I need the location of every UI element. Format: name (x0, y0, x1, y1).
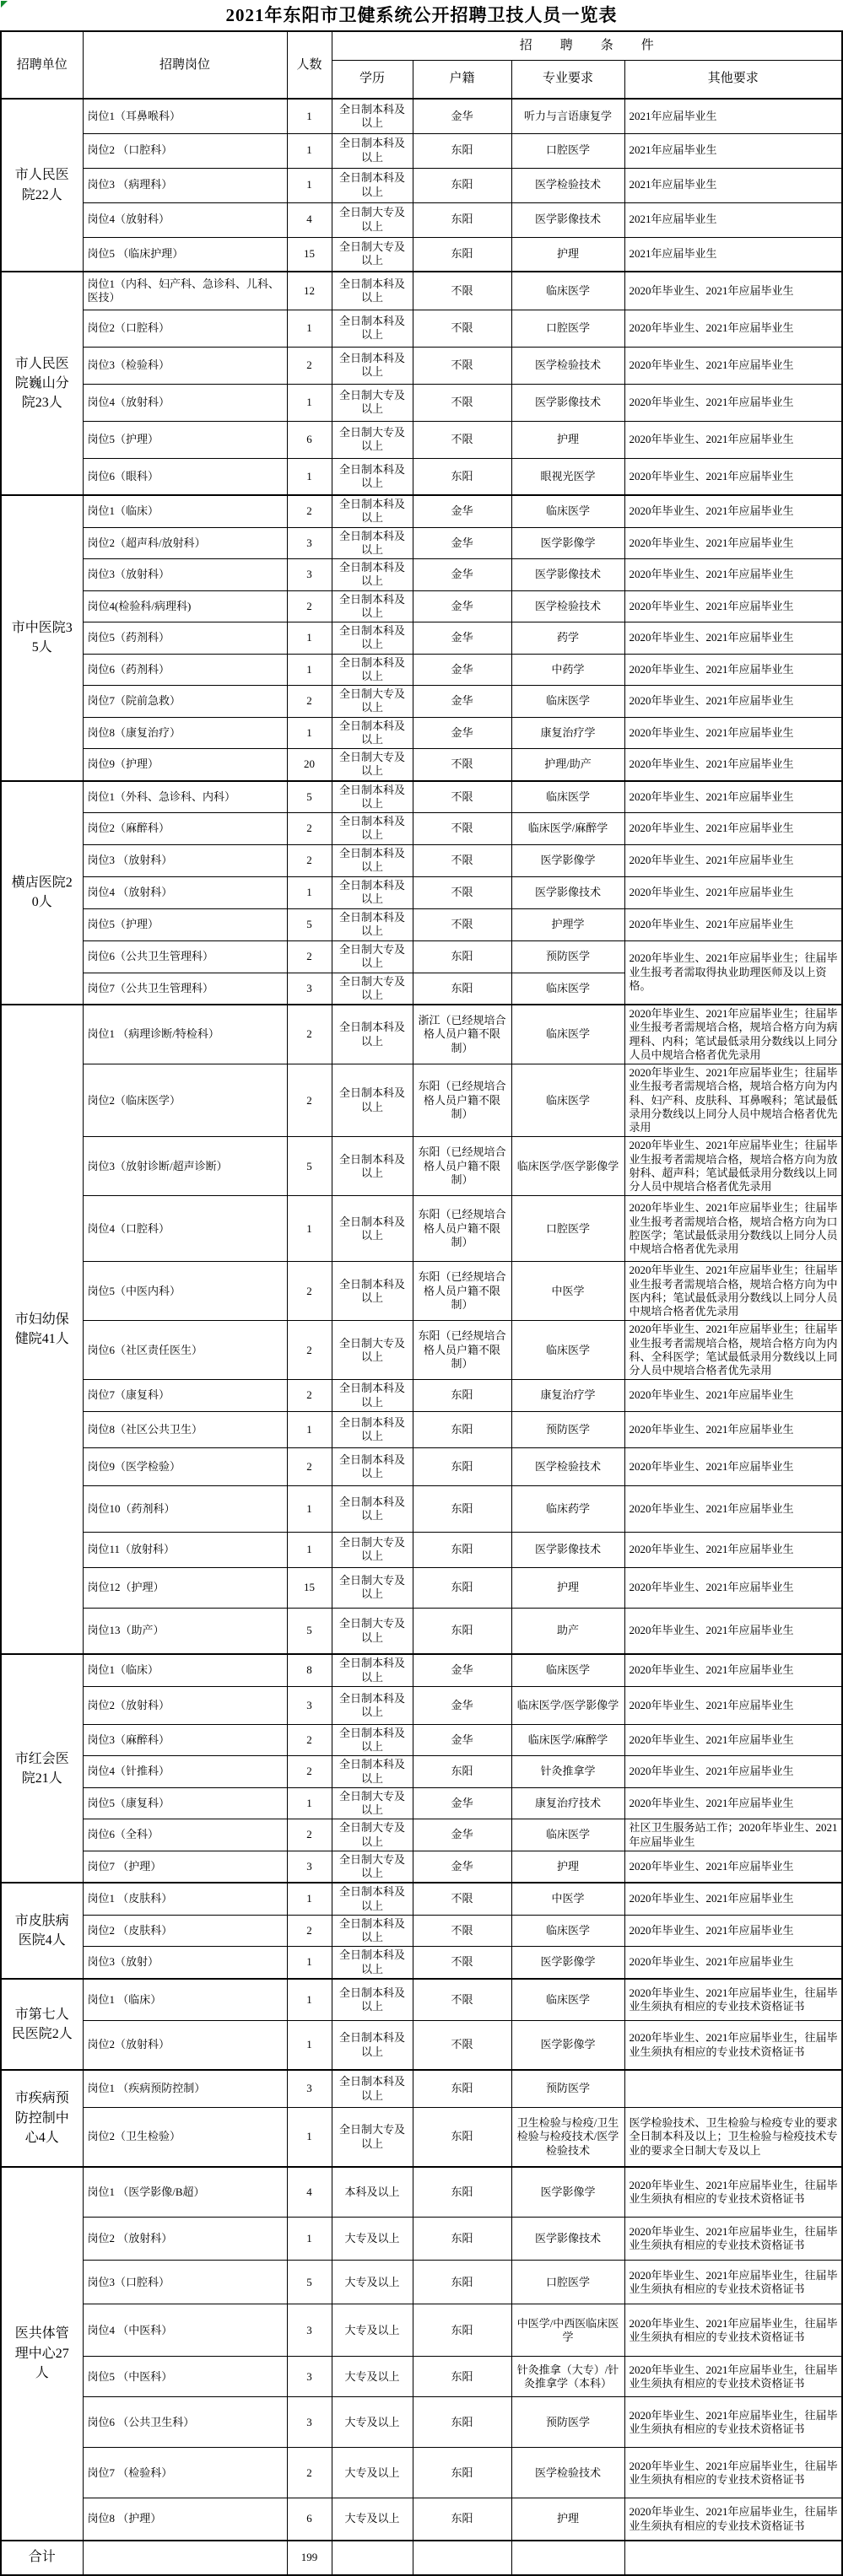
major-cell: 临床医学 (511, 1979, 624, 2021)
post-cell: 岗位2（放射科） (83, 2021, 287, 2070)
header-other: 其他要求 (624, 60, 842, 99)
table-header: 招聘单位 招聘岗位 人数 招聘条件 学历 户籍 专业要求 其他要求 (1, 31, 842, 99)
degree-cell: 全日制大专及以上 (332, 2108, 413, 2167)
table-row: 岗位3（放射）1全日制本科及以上不限医学影像学2020年毕业生、2021年应届毕… (1, 1947, 842, 1979)
major-cell: 护理 (511, 1851, 624, 1883)
table-row: 岗位6 （公共卫生科）3大专及以上东阳预防医学2020年毕业生、2021年应届毕… (1, 2397, 842, 2448)
major-cell: 中医学/中西医临床医学 (511, 2304, 624, 2357)
count-cell: 5 (287, 2261, 332, 2304)
post-cell: 岗位2（放射科） (83, 1686, 287, 1724)
count-cell: 1 (287, 622, 332, 655)
post-cell: 岗位4（放射科） (83, 202, 287, 237)
degree-cell: 全日制本科及以上 (332, 654, 413, 686)
degree-cell: 全日制本科及以上 (332, 1883, 413, 1915)
header-residence: 户籍 (413, 60, 511, 99)
degree-cell: 本科及以上 (332, 2167, 413, 2218)
residence-cell: 东阳 (413, 2448, 511, 2498)
other-cell: 2020年毕业生、2021年应届毕业生 (624, 1447, 842, 1485)
post-cell: 岗位4 （中医科） (83, 2304, 287, 2357)
count-cell: 15 (287, 237, 332, 272)
post-cell: 岗位1（耳鼻喉科） (83, 99, 287, 133)
post-cell: 岗位5 （临床护理） (83, 237, 287, 272)
table-row: 岗位7 （检验科）2大专及以上东阳医学检验技术2020年毕业生、2021年应届毕… (1, 2448, 842, 2498)
post-cell: 岗位2（口腔科） (83, 310, 287, 347)
table-row: 岗位5（康复科）1全日制大专及以上金华康复治疗技术2020年毕业生、2021年应… (1, 1787, 842, 1819)
degree-cell: 全日制大专及以上 (332, 384, 413, 421)
count-cell: 3 (287, 527, 332, 559)
table-row: 岗位5（护理）6全日制大专及以上不限护理2020年毕业生、2021年应届毕业生 (1, 421, 842, 458)
major-cell: 临床医学 (511, 686, 624, 718)
other-cell: 2020年毕业生、2021年应届毕业生 (624, 717, 842, 749)
major-cell: 预防医学 (511, 2070, 624, 2108)
count-cell: 1 (287, 1196, 332, 1262)
major-cell: 临床医学 (511, 973, 624, 1005)
table-row: 岗位2（放射科）3全日制本科及以上金华临床医学/医学影像学2020年毕业生、20… (1, 1686, 842, 1724)
count-cell: 1 (287, 310, 332, 347)
major-cell: 临床医学/医学影像学 (511, 1137, 624, 1196)
other-cell: 2020年毕业生、2021年应届毕业生 (624, 527, 842, 559)
residence-cell: 浙江（已经规培合格人员户籍不限制） (413, 1005, 511, 1064)
major-cell: 卫生检验与检疫/卫生检验与检疫技术/医学检验技术 (511, 2108, 624, 2167)
major-cell: 医学检验技术 (511, 168, 624, 202)
other-cell: 2021年应届毕业生 (624, 168, 842, 202)
major-cell: 康复治疗技术 (511, 1787, 624, 1819)
residence-cell: 东阳（已经规培合格人员户籍不限制） (413, 1196, 511, 1262)
post-cell: 岗位2（卫生检验） (83, 2108, 287, 2167)
post-cell: 岗位4 （放射科） (83, 876, 287, 908)
table-row: 岗位11（放射科）1全日制大专及以上东阳医学影像技术2020年毕业生、2021年… (1, 1532, 842, 1567)
major-cell: 护理 (511, 237, 624, 272)
degree-cell: 大专及以上 (332, 2448, 413, 2498)
residence-cell: 金华 (413, 99, 511, 133)
major-cell: 医学影像技术 (511, 559, 624, 591)
major-cell: 口腔医学 (511, 310, 624, 347)
post-cell: 岗位5 （中医科） (83, 2357, 287, 2397)
count-cell: 5 (287, 908, 332, 940)
degree-cell: 大专及以上 (332, 2218, 413, 2261)
count-cell: 2 (287, 844, 332, 876)
post-cell: 岗位2（临床医学） (83, 1064, 287, 1137)
count-cell: 1 (287, 168, 332, 202)
post-cell: 岗位2 （皮肤科） (83, 1915, 287, 1947)
other-cell: 2021年应届毕业生 (624, 133, 842, 168)
residence-cell: 东阳（已经规培合格人员户籍不限制） (413, 1262, 511, 1321)
count-cell: 3 (287, 973, 332, 1005)
residence-cell: 东阳 (413, 2498, 511, 2541)
degree-cell: 全日制大专及以上 (332, 1787, 413, 1819)
table-row: 岗位5 （中医科）3大专及以上东阳针灸推拿（大专）/针灸推拿学（本科）2020年… (1, 2357, 842, 2397)
residence-cell: 金华 (413, 1819, 511, 1851)
residence-cell: 金华 (413, 590, 511, 622)
other-cell: 2020年毕业生、2021年应届毕业生 (624, 1608, 842, 1654)
table-row: 市人民医院22人岗位1（耳鼻喉科）1全日制本科及以上金华听力与言语康复学2021… (1, 99, 842, 133)
table-row: 岗位2 （口腔科）1全日制本科及以上东阳口腔医学2021年应届毕业生 (1, 133, 842, 168)
table-row: 岗位3 （放射科）2全日制本科及以上不限医学影像学2020年毕业生、2021年应… (1, 844, 842, 876)
post-cell: 岗位10（药剂科） (83, 1485, 287, 1532)
unit-cell: 市人民医院22人 (1, 99, 83, 272)
count-cell: 2 (287, 1724, 332, 1756)
post-cell: 岗位5（中医内科） (83, 1262, 287, 1321)
degree-cell: 全日制本科及以上 (332, 527, 413, 559)
residence-cell: 东阳 (413, 2070, 511, 2108)
residence-cell: 东阳 (413, 2397, 511, 2448)
other-cell: 2020年毕业生、2021年应届毕业生 (624, 1686, 842, 1724)
post-cell: 岗位4（口腔科） (83, 1196, 287, 1262)
other-cell: 2020年毕业生、2021年应届毕业生 (624, 1787, 842, 1819)
post-cell: 岗位1 （医学影像/B超） (83, 2167, 287, 2218)
degree-cell: 全日制大专及以上 (332, 1532, 413, 1567)
header-count: 人数 (287, 31, 332, 99)
major-cell: 临床医学 (511, 1819, 624, 1851)
residence-cell: 东阳 (413, 168, 511, 202)
other-cell: 2020年毕业生、2021年应届毕业生 (624, 458, 842, 495)
degree-cell: 全日制本科及以上 (332, 908, 413, 940)
other-cell: 2020年毕业生、2021年应届毕业生 (624, 1654, 842, 1686)
table-row: 岗位7（院前急救）2全日制大专及以上金华临床医学2020年毕业生、2021年应届… (1, 686, 842, 718)
count-cell: 15 (287, 1567, 332, 1608)
degree-cell: 全日制大专及以上 (332, 973, 413, 1005)
count-cell: 1 (287, 1532, 332, 1567)
post-cell: 岗位6（公共卫生管理科） (83, 940, 287, 973)
residence-cell: 金华 (413, 686, 511, 718)
total-row: 合计199 (1, 2541, 842, 2575)
count-cell: 2 (287, 1262, 332, 1321)
total-major-cell (511, 2541, 624, 2575)
other-cell: 2020年毕业生、2021年应届毕业生 (624, 1915, 842, 1947)
other-cell: 2020年毕业生、2021年应届毕业生，往届毕业生须执有相应的专业技术资格证书 (624, 2357, 842, 2397)
table-row: 岗位3（放射科）3全日制本科及以上金华医学影像技术2020年毕业生、2021年应… (1, 559, 842, 591)
residence-cell: 不限 (413, 272, 511, 310)
residence-cell: 东阳 (413, 1447, 511, 1485)
other-cell: 2020年毕业生、2021年应届毕业生 (624, 421, 842, 458)
post-cell: 岗位3（麻醉科） (83, 1724, 287, 1756)
post-cell: 岗位6 （公共卫生科） (83, 2397, 287, 2448)
degree-cell: 全日制本科及以上 (332, 99, 413, 133)
major-cell: 临床医学/麻醉学 (511, 813, 624, 845)
table-row: 市皮肤病医院4人岗位1 （皮肤科）1全日制本科及以上不限中医学2020年毕业生、… (1, 1883, 842, 1915)
residence-cell: 不限 (413, 310, 511, 347)
post-cell: 岗位1 （皮肤科） (83, 1883, 287, 1915)
major-cell: 护理 (511, 2498, 624, 2541)
major-cell: 临床医学/麻醉学 (511, 1724, 624, 1756)
major-cell: 医学检验技术 (511, 1447, 624, 1485)
degree-cell: 全日制本科及以上 (332, 1005, 413, 1064)
major-cell: 听力与言语康复学 (511, 99, 624, 133)
count-cell: 2 (287, 590, 332, 622)
post-cell: 岗位3 （病理科） (83, 168, 287, 202)
table-row: 岗位5（药剂科）1全日制本科及以上金华药学2020年毕业生、2021年应届毕业生 (1, 622, 842, 655)
other-cell: 2021年应届毕业生 (624, 99, 842, 133)
post-cell: 岗位4（针推科） (83, 1756, 287, 1788)
post-cell: 岗位5（康复科） (83, 1787, 287, 1819)
residence-cell: 不限 (413, 908, 511, 940)
post-cell: 岗位13（助产） (83, 1608, 287, 1654)
residence-cell: 东阳（已经规培合格人员户籍不限制） (413, 1064, 511, 1137)
count-cell: 2 (287, 495, 332, 527)
major-cell: 临床医学 (511, 1654, 624, 1686)
degree-cell: 全日制本科及以上 (332, 590, 413, 622)
other-cell: 2020年毕业生、2021年应届毕业生 (624, 622, 842, 655)
post-cell: 岗位2（麻醉科） (83, 813, 287, 845)
count-cell: 1 (287, 717, 332, 749)
residence-cell: 东阳 (413, 458, 511, 495)
recruitment-table: 招聘单位 招聘岗位 人数 招聘条件 学历 户籍 专业要求 其他要求 市人民医院2… (0, 30, 843, 2576)
table-row: 岗位2（放射科）1全日制本科及以上不限医学影像学2020年毕业生、2021年应届… (1, 2021, 842, 2070)
count-cell: 3 (287, 2304, 332, 2357)
degree-cell: 全日制本科及以上 (332, 2021, 413, 2070)
major-cell: 医学影像学 (511, 1947, 624, 1979)
other-cell: 2020年毕业生、2021年应届毕业生 (624, 1532, 842, 1567)
degree-cell: 全日制大专及以上 (332, 421, 413, 458)
major-cell: 护理 (511, 1567, 624, 1608)
degree-cell: 全日制本科及以上 (332, 1485, 413, 1532)
residence-cell: 东阳 (413, 2167, 511, 2218)
count-cell: 1 (287, 384, 332, 421)
total-other-cell (624, 2541, 842, 2575)
post-cell: 岗位9（护理） (83, 749, 287, 781)
other-cell: 2020年毕业生、2021年应届毕业生，往届毕业生须执有相应的专业技术资格证书 (624, 1979, 842, 2021)
degree-cell: 全日制本科及以上 (332, 1380, 413, 1412)
major-cell: 眼视光医学 (511, 458, 624, 495)
major-cell: 临床医学/医学影像学 (511, 1686, 624, 1724)
degree-cell: 全日制本科及以上 (332, 1756, 413, 1788)
residence-cell: 金华 (413, 622, 511, 655)
count-cell: 1 (287, 1411, 332, 1447)
degree-cell: 全日制本科及以上 (332, 1947, 413, 1979)
post-cell: 岗位3（口腔科） (83, 2261, 287, 2304)
other-cell: 2020年毕业生、2021年应届毕业生 (624, 844, 842, 876)
degree-cell: 大专及以上 (332, 2304, 413, 2357)
major-cell: 临床医学 (511, 272, 624, 310)
table-row: 岗位3（口腔科）5大专及以上东阳口腔医学2020年毕业生、2021年应届毕业生，… (1, 2261, 842, 2304)
other-cell: 2020年毕业生、2021年应届毕业生 (624, 1567, 842, 1608)
degree-cell: 全日制本科及以上 (332, 559, 413, 591)
degree-cell: 全日制大专及以上 (332, 202, 413, 237)
count-cell: 3 (287, 2357, 332, 2397)
major-cell: 口腔医学 (511, 133, 624, 168)
major-cell: 医学检验技术 (511, 347, 624, 384)
degree-cell: 全日制本科及以上 (332, 1064, 413, 1137)
other-cell: 2021年应届毕业生 (624, 202, 842, 237)
count-cell: 1 (287, 133, 332, 168)
major-cell: 中药学 (511, 654, 624, 686)
unit-cell: 市第七人民医院2人 (1, 1979, 83, 2070)
residence-cell: 金华 (413, 1724, 511, 1756)
total-label-cell: 合计 (1, 2541, 83, 2575)
count-cell: 1 (287, 1883, 332, 1915)
degree-cell: 全日制本科及以上 (332, 1724, 413, 1756)
residence-cell: 不限 (413, 813, 511, 845)
other-cell: 2020年毕业生、2021年应届毕业生 (624, 813, 842, 845)
header-unit: 招聘单位 (1, 31, 83, 99)
degree-cell: 全日制本科及以上 (332, 1686, 413, 1724)
unit-cell: 市中医院35人 (1, 495, 83, 781)
major-cell: 口腔医学 (511, 2261, 624, 2304)
residence-cell: 不限 (413, 1979, 511, 2021)
table-row: 岗位4(检验科/病理科)2全日制本科及以上金华医学检验技术2020年毕业生、20… (1, 590, 842, 622)
count-cell: 2 (287, 1005, 332, 1064)
major-cell: 医学影像学 (511, 2167, 624, 2218)
other-cell: 2020年毕业生、2021年应届毕业生 (624, 384, 842, 421)
major-cell: 医学影像技术 (511, 384, 624, 421)
post-cell: 岗位9（医学检验） (83, 1447, 287, 1485)
count-cell: 1 (287, 654, 332, 686)
table-row: 岗位4（放射科）1全日制大专及以上不限医学影像技术2020年毕业生、2021年应… (1, 384, 842, 421)
unit-cell: 市人民医院巍山分院23人 (1, 272, 83, 495)
residence-cell: 东阳 (413, 1411, 511, 1447)
residence-cell: 金华 (413, 559, 511, 591)
post-cell: 岗位6（社区责任医生） (83, 1321, 287, 1380)
table-row: 岗位8 （护理）6大专及以上东阳护理2020年毕业生、2021年应届毕业生，往届… (1, 2498, 842, 2541)
major-cell: 药学 (511, 622, 624, 655)
table-row: 岗位4（针推科）2全日制本科及以上东阳针灸推拿学2020年毕业生、2021年应届… (1, 1756, 842, 1788)
degree-cell: 全日制大专及以上 (332, 237, 413, 272)
count-cell: 1 (287, 2108, 332, 2167)
degree-cell: 大专及以上 (332, 2397, 413, 2448)
post-cell: 岗位7（公共卫生管理科） (83, 973, 287, 1005)
post-cell: 岗位5（药剂科） (83, 622, 287, 655)
degree-cell: 大专及以上 (332, 2498, 413, 2541)
major-cell: 医学影像技术 (511, 2218, 624, 2261)
count-cell: 1 (287, 2218, 332, 2261)
post-cell: 岗位4(检验科/病理科) (83, 590, 287, 622)
degree-cell: 全日制大专及以上 (332, 1567, 413, 1608)
degree-cell: 全日制本科及以上 (332, 1654, 413, 1686)
residence-cell: 东阳（已经规培合格人员户籍不限制） (413, 1137, 511, 1196)
other-cell: 2020年毕业生、2021年应届毕业生；往届毕业生报考者需取得执业助理医师及以上… (624, 940, 842, 1005)
table-row: 岗位4（口腔科）1全日制本科及以上东阳（已经规培合格人员户籍不限制）口腔医学20… (1, 1196, 842, 1262)
residence-cell: 不限 (413, 384, 511, 421)
table-row: 市红会医院21人岗位1（临床）8全日制本科及以上金华临床医学2020年毕业生、2… (1, 1654, 842, 1686)
major-cell: 中医学 (511, 1262, 624, 1321)
table-row: 岗位7 （护理）3全日制大专及以上金华护理2020年毕业生、2021年应届毕业生 (1, 1851, 842, 1883)
other-cell: 2020年毕业生、2021年应届毕业生 (624, 1883, 842, 1915)
residence-cell: 不限 (413, 2021, 511, 2070)
post-cell: 岗位5（护理） (83, 421, 287, 458)
degree-cell: 全日制本科及以上 (332, 272, 413, 310)
residence-cell: 不限 (413, 749, 511, 781)
degree-cell: 全日制本科及以上 (332, 622, 413, 655)
post-cell: 岗位2（超声科/放射科） (83, 527, 287, 559)
post-cell: 岗位3 （放射科） (83, 844, 287, 876)
residence-cell: 不限 (413, 1915, 511, 1947)
unit-cell: 市皮肤病医院4人 (1, 1883, 83, 1979)
degree-cell: 全日制本科及以上 (332, 813, 413, 845)
count-cell: 2 (287, 2448, 332, 2498)
major-cell: 针灸推拿学 (511, 1756, 624, 1788)
count-cell: 4 (287, 2167, 332, 2218)
residence-cell: 东阳 (413, 1608, 511, 1654)
count-cell: 2 (287, 813, 332, 845)
count-cell: 2 (287, 1756, 332, 1788)
table-row: 岗位2 （皮肤科）2全日制本科及以上不限临床医学2020年毕业生、2021年应届… (1, 1915, 842, 1947)
residence-cell: 东阳 (413, 2357, 511, 2397)
major-cell: 针灸推拿（大专）/针灸推拿学（本科） (511, 2357, 624, 2397)
residence-cell: 金华 (413, 527, 511, 559)
degree-cell: 大专及以上 (332, 2357, 413, 2397)
post-cell: 岗位3（放射） (83, 1947, 287, 1979)
residence-cell: 东阳 (413, 2261, 511, 2304)
count-cell: 1 (287, 1787, 332, 1819)
other-cell (624, 2070, 842, 2108)
table-row: 市妇幼保健院41人岗位1 （病理诊断/特检科）2全日制本科及以上浙江（已经规培合… (1, 1005, 842, 1064)
major-cell: 医学影像技术 (511, 202, 624, 237)
degree-cell: 全日制本科及以上 (332, 781, 413, 813)
total-residence-cell (413, 2541, 511, 2575)
degree-cell: 全日制本科及以上 (332, 1447, 413, 1485)
degree-cell: 全日制本科及以上 (332, 1137, 413, 1196)
other-cell: 2020年毕业生、2021年应届毕业生 (624, 749, 842, 781)
count-cell: 2 (287, 1321, 332, 1380)
post-cell: 岗位1（临床） (83, 1654, 287, 1686)
other-cell: 2020年毕业生、2021年应届毕业生，往届毕业生须执有相应的专业技术资格证书 (624, 2021, 842, 2070)
table-row: 岗位2（麻醉科）2全日制本科及以上不限临床医学/麻醉学2020年毕业生、2021… (1, 813, 842, 845)
residence-cell: 东阳 (413, 237, 511, 272)
degree-cell: 全日制本科及以上 (332, 1411, 413, 1447)
degree-cell: 全日制本科及以上 (332, 876, 413, 908)
residence-cell: 不限 (413, 1883, 511, 1915)
table-body: 市人民医院22人岗位1（耳鼻喉科）1全日制本科及以上金华听力与言语康复学2021… (1, 99, 842, 2575)
table-row: 岗位3（麻醉科）2全日制本科及以上金华临床医学/麻醉学2020年毕业生、2021… (1, 1724, 842, 1756)
other-cell: 2020年毕业生、2021年应届毕业生，往届毕业生须执有相应的专业技术资格证书 (624, 2218, 842, 2261)
table-row: 岗位2（超声科/放射科）3全日制本科及以上金华医学影像学2020年毕业生、202… (1, 527, 842, 559)
table-row: 岗位3（放射诊断/超声诊断）5全日制本科及以上东阳（已经规培合格人员户籍不限制）… (1, 1137, 842, 1196)
degree-cell: 全日制本科及以上 (332, 458, 413, 495)
count-cell: 2 (287, 940, 332, 973)
post-cell: 岗位1（外科、急诊科、内科） (83, 781, 287, 813)
count-cell: 6 (287, 2498, 332, 2541)
post-cell: 岗位7 （检验科） (83, 2448, 287, 2498)
degree-cell: 全日制本科及以上 (332, 1915, 413, 1947)
residence-cell: 金华 (413, 1851, 511, 1883)
post-cell: 岗位12（护理） (83, 1567, 287, 1608)
header-post: 招聘岗位 (83, 31, 287, 99)
count-cell: 3 (287, 1686, 332, 1724)
other-cell: 2020年毕业生、2021年应届毕业生，往届毕业生须执有相应的专业技术资格证书 (624, 2304, 842, 2357)
table-row: 岗位8（社区公共卫生）1全日制本科及以上东阳预防医学2020年毕业生、2021年… (1, 1411, 842, 1447)
count-cell: 20 (287, 749, 332, 781)
other-cell: 2021年应届毕业生 (624, 237, 842, 272)
degree-cell: 全日制大专及以上 (332, 940, 413, 973)
major-cell: 预防医学 (511, 940, 624, 973)
count-cell: 1 (287, 1979, 332, 2021)
count-cell: 2 (287, 347, 332, 384)
table-row: 岗位4 （放射科）1全日制本科及以上不限医学影像技术2020年毕业生、2021年… (1, 876, 842, 908)
degree-cell: 全日制大专及以上 (332, 1608, 413, 1654)
other-cell: 2020年毕业生、2021年应届毕业生 (624, 1411, 842, 1447)
degree-cell: 全日制本科及以上 (332, 133, 413, 168)
other-cell: 2020年毕业生、2021年应届毕业生 (624, 310, 842, 347)
unit-cell: 市红会医院21人 (1, 1654, 83, 1883)
degree-cell: 大专及以上 (332, 2261, 413, 2304)
table-row: 市中医院35人岗位1（临床）2全日制本科及以上金华临床医学2020年毕业生、20… (1, 495, 842, 527)
other-cell: 2020年毕业生、2021年应届毕业生 (624, 495, 842, 527)
count-cell: 2 (287, 686, 332, 718)
table-row: 岗位5 （临床护理）15全日制大专及以上东阳护理2021年应届毕业生 (1, 237, 842, 272)
count-cell: 3 (287, 1851, 332, 1883)
count-cell: 3 (287, 2070, 332, 2108)
table-row: 岗位4 （中医科）3大专及以上东阳中医学/中西医临床医学2020年毕业生、202… (1, 2304, 842, 2357)
post-cell: 岗位7（院前急救） (83, 686, 287, 718)
other-cell: 社区卫生服务站工作；2020年毕业生、2021年应届毕业生 (624, 1819, 842, 1851)
table-row: 岗位9（医学检验）2全日制本科及以上东阳医学检验技术2020年毕业生、2021年… (1, 1447, 842, 1485)
residence-cell: 东阳 (413, 133, 511, 168)
major-cell: 康复治疗学 (511, 717, 624, 749)
table-row: 岗位2（口腔科）1全日制本科及以上不限口腔医学2020年毕业生、2021年应届毕… (1, 310, 842, 347)
post-cell: 岗位11（放射科） (83, 1532, 287, 1567)
other-cell: 2020年毕业生、2021年应届毕业生 (624, 590, 842, 622)
table-row: 岗位2（卫生检验）1全日制大专及以上东阳卫生检验与检疫/卫生检验与检疫技术/医学… (1, 2108, 842, 2167)
